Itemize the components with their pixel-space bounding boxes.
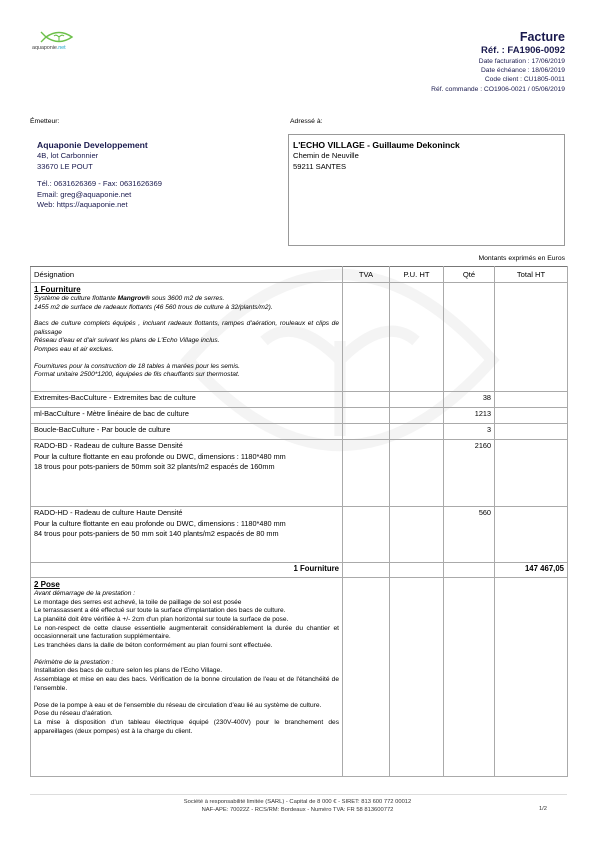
- order-reference: Réf. commande : CO1906-0021 / 05/06/2019: [431, 85, 565, 94]
- brand-name: Mangrov®: [118, 295, 150, 302]
- fish-logo-icon: [40, 30, 78, 44]
- table-row: RADO-BD - Radeau de culture Basse Densit…: [31, 440, 568, 507]
- subtotal-label: 1 Fourniture: [31, 563, 343, 578]
- footer-line2: NAF-APE: 70022Z - RCS/RM: Bordeaux - Num…: [0, 806, 595, 814]
- section-subtitle: Périmètre de la prestation :: [34, 659, 339, 668]
- column-header-quantity: Qté: [444, 267, 495, 283]
- section-subtitle: Avant démarrage de la prestation :: [34, 590, 339, 599]
- invoice-lines-table: Désignation TVA P.U. HT Qté Total HT 1 F…: [30, 266, 568, 777]
- line-tva: [343, 424, 390, 440]
- section-text: Pose de la pompe à eau et de l'ensemble …: [34, 702, 339, 711]
- section-title: 2 Pose: [34, 579, 339, 590]
- emitter-name: Aquaponie Developpement: [37, 140, 162, 151]
- emitter-phone: Tél.: 0631626369 - Fax: 0631626369: [37, 179, 162, 190]
- currency-note: Montants exprimés en Euros: [478, 255, 565, 262]
- section-desc: sous 3600 m2 de serres.: [150, 295, 224, 302]
- subtotal-amount: 147 467,05: [495, 563, 568, 578]
- emitter-web: Web: https://aquaponie.net: [37, 200, 162, 211]
- logo-suffix: .net: [57, 45, 66, 51]
- column-header-designation: Désignation: [31, 267, 343, 283]
- section-text: Pose du réseau d'aération.: [34, 710, 339, 719]
- invoice-header: Facture Réf. : FA1906-0092 Date facturat…: [431, 30, 565, 94]
- line-designation: ml-BacCulture - Mètre linéaire de bac de…: [31, 408, 343, 424]
- line-total: [495, 424, 568, 440]
- footer-divider: [30, 794, 567, 795]
- line-designation: Boucle-BacCulture - Par boucle de cultur…: [31, 424, 343, 440]
- line-tva: [343, 392, 390, 408]
- table-header-row: Désignation TVA P.U. HT Qté Total HT: [31, 267, 568, 283]
- recipient-address1: Chemin de Neuville: [293, 151, 460, 162]
- table-row: Boucle-BacCulture - Par boucle de cultur…: [31, 424, 568, 440]
- line-quantity: 2160: [444, 440, 495, 507]
- page-number: 1/2: [539, 806, 547, 812]
- emitter-address1: 4B, lot Carbonnier: [37, 151, 162, 162]
- section-desc: Format unitaire 2500*1200, équipées de f…: [34, 371, 339, 380]
- invoice-date: Date facturation : 17/06/2019: [431, 57, 565, 66]
- line-designation: Extremites-BacCulture - Extremites bac d…: [31, 392, 343, 408]
- line-unit-price: [390, 408, 444, 424]
- emitter-email: Email: greg@aquaponie.net: [37, 190, 162, 201]
- section-text: Le terrassassent a été effectué sur tout…: [34, 607, 339, 616]
- line-designation: RADO-HD - Radeau de culture Haute Densit…: [34, 508, 339, 519]
- invoice-due-date: Date échéance : 18/06/2019: [431, 66, 565, 75]
- section-text: Le montage des serres est achevé, la toi…: [34, 599, 339, 608]
- recipient-label: Adressé à:: [290, 118, 323, 125]
- line-tva: [343, 408, 390, 424]
- line-desc: 18 trous pour pots-paniers de 50mm soit …: [34, 462, 339, 473]
- legal-footer: Société à responsabilité limitée (SARL) …: [0, 798, 595, 814]
- table-row: ml-BacCulture - Mètre linéaire de bac de…: [31, 408, 568, 424]
- line-quantity: 560: [444, 507, 495, 563]
- recipient-name: L'ECHO VILLAGE - Guillaume Dekoninck: [293, 140, 460, 151]
- section-text: Le non-respect de cette clause essentiel…: [34, 625, 339, 642]
- section-row-fourniture: 1 Fourniture Système de culture flottant…: [31, 283, 568, 392]
- invoice-title: Facture: [431, 30, 565, 44]
- line-unit-price: [390, 392, 444, 408]
- column-header-unit-price: P.U. HT: [390, 267, 444, 283]
- line-quantity: 38: [444, 392, 495, 408]
- line-desc: 84 trous pour pots-paniers de 50 mm soit…: [34, 529, 339, 540]
- section-text: Installation des bacs de culture selon l…: [34, 667, 339, 676]
- company-logo: aquaponie.net: [30, 30, 90, 56]
- section-desc: 1455 m2 de surface de radeaux flottants …: [34, 304, 339, 313]
- table-row: RADO-HD - Radeau de culture Haute Densit…: [31, 507, 568, 563]
- line-quantity: 1213: [444, 408, 495, 424]
- column-header-tva: TVA: [343, 267, 390, 283]
- line-total: [495, 392, 568, 408]
- section-text: La mise à disposition d'un tableau élect…: [34, 719, 339, 736]
- section-row-pose: 2 Pose Avant démarrage de la prestation …: [31, 578, 568, 777]
- line-desc: Pour la culture flottante en eau profond…: [34, 452, 339, 463]
- footer-line1: Société à responsabilité limitée (SARL) …: [0, 798, 595, 806]
- emitter-label: Émetteur:: [30, 118, 59, 125]
- recipient-address2: 59211 SANTES: [293, 162, 460, 173]
- line-total: [495, 408, 568, 424]
- logo-text: aquaponie: [32, 45, 57, 51]
- section-desc: Fournitures pour la construction de 18 t…: [34, 363, 339, 372]
- table-row: Extremites-BacCulture - Extremites bac d…: [31, 392, 568, 408]
- section-desc: Réseau d'eau et d'air suivant les plans …: [34, 337, 339, 346]
- emitter-block: Aquaponie Developpement 4B, lot Carbonni…: [37, 140, 162, 211]
- client-code: Code client : CU1805-0011: [431, 75, 565, 84]
- section-text: Les tranchées dans la dalle de béton con…: [34, 642, 339, 651]
- line-unit-price: [390, 424, 444, 440]
- section-text: Assemblage et mise en eau des bacs. Véri…: [34, 676, 339, 693]
- line-designation: RADO-BD - Radeau de culture Basse Densit…: [34, 441, 339, 452]
- column-header-total: Total HT: [495, 267, 568, 283]
- emitter-address2: 33670 LE POUT: [37, 162, 162, 173]
- section-text: La planéité doit être vérifiée à +/- 2cm…: [34, 616, 339, 625]
- section-desc: Pompes eau et air exclues.: [34, 346, 339, 355]
- section-desc: Système de culture flottante: [34, 295, 118, 302]
- line-desc: Pour la culture flottante en eau profond…: [34, 519, 339, 530]
- subtotal-row: 1 Fourniture 147 467,05: [31, 563, 568, 578]
- section-desc: Bacs de culture complets équipés , inclu…: [34, 320, 339, 337]
- section-title: 1 Fourniture: [34, 284, 339, 295]
- recipient-box: L'ECHO VILLAGE - Guillaume Dekoninck Che…: [288, 134, 565, 246]
- invoice-reference: Réf. : FA1906-0092: [431, 44, 565, 57]
- line-quantity: 3: [444, 424, 495, 440]
